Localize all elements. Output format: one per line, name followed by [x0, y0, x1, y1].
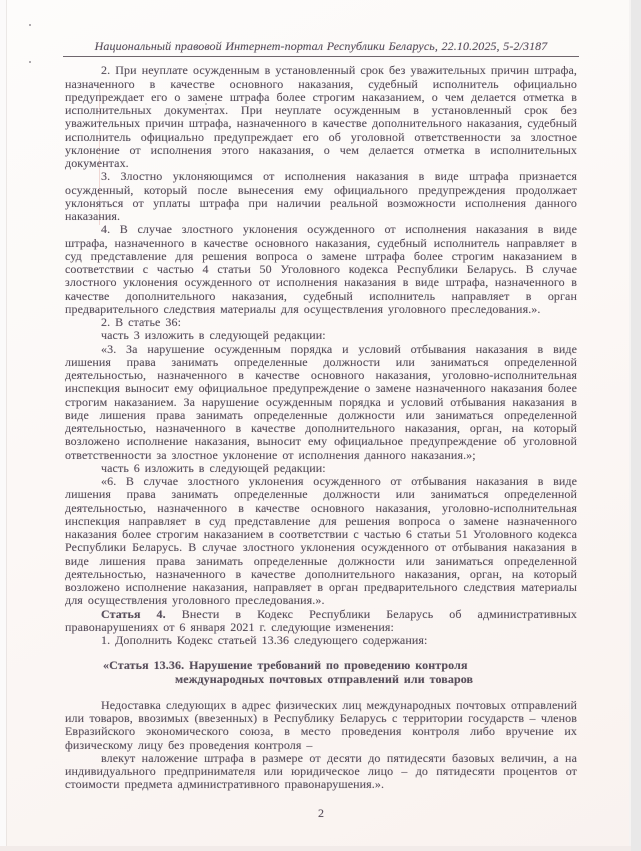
scan-bottom-edge [0, 846, 631, 851]
scan-speckle [29, 61, 31, 63]
line-article-36-intro: 2. В статье 36: [65, 316, 577, 329]
paragraph-fine-2: 2. При неуплате осужденным в установленн… [65, 64, 577, 170]
article-13-36-heading-line1: «Статья 13.36. Нарушение требований по п… [65, 659, 577, 672]
line-supplement-code: 1. Дополнить Кодекс статьей 13.36 следую… [65, 634, 577, 647]
line-part-3-intro: часть 3 изложить в следующей редакции: [65, 329, 577, 342]
article-4-label: Статья 4. [101, 607, 166, 621]
document-content: Национальный правовой Интернет-портал Ре… [65, 40, 577, 820]
paragraph-fine-4: 4. В случае злостного уклонения осужденн… [65, 223, 577, 316]
portal-header: Национальный правовой Интернет-портал Ре… [63, 40, 579, 57]
scan-left-edge-line [6, 0, 7, 851]
scan-speckle [29, 24, 31, 26]
scanned-document-page: Национальный правовой Интернет-портал Ре… [0, 0, 641, 851]
paragraph-sanction: влекут наложение штрафа в размере от дес… [65, 752, 577, 792]
line-part-6-intro: часть 6 изложить в следующей редакции: [65, 462, 577, 475]
paragraph-part-3-text: «3. За нарушение осужденным порядка и ус… [65, 343, 577, 462]
paragraph-nedostavka: Недоставка следующих в адрес физических … [65, 699, 577, 752]
paragraph-fine-3: 3. Злостно уклоняющимся от исполнения на… [65, 170, 577, 223]
page-number: 2 [65, 807, 577, 820]
paragraph-part-6-text: «6. В случае злостного уклонения осужден… [65, 475, 577, 608]
paragraph-article-4: Статья 4. Внести в Кодекс Республики Бел… [65, 608, 577, 635]
scan-right-edge [629, 0, 641, 851]
article-13-36-heading-line2: международных почтовых отправлений или т… [65, 673, 577, 686]
article-13-36-heading: «Статья 13.36. Нарушение требований по п… [65, 659, 577, 686]
